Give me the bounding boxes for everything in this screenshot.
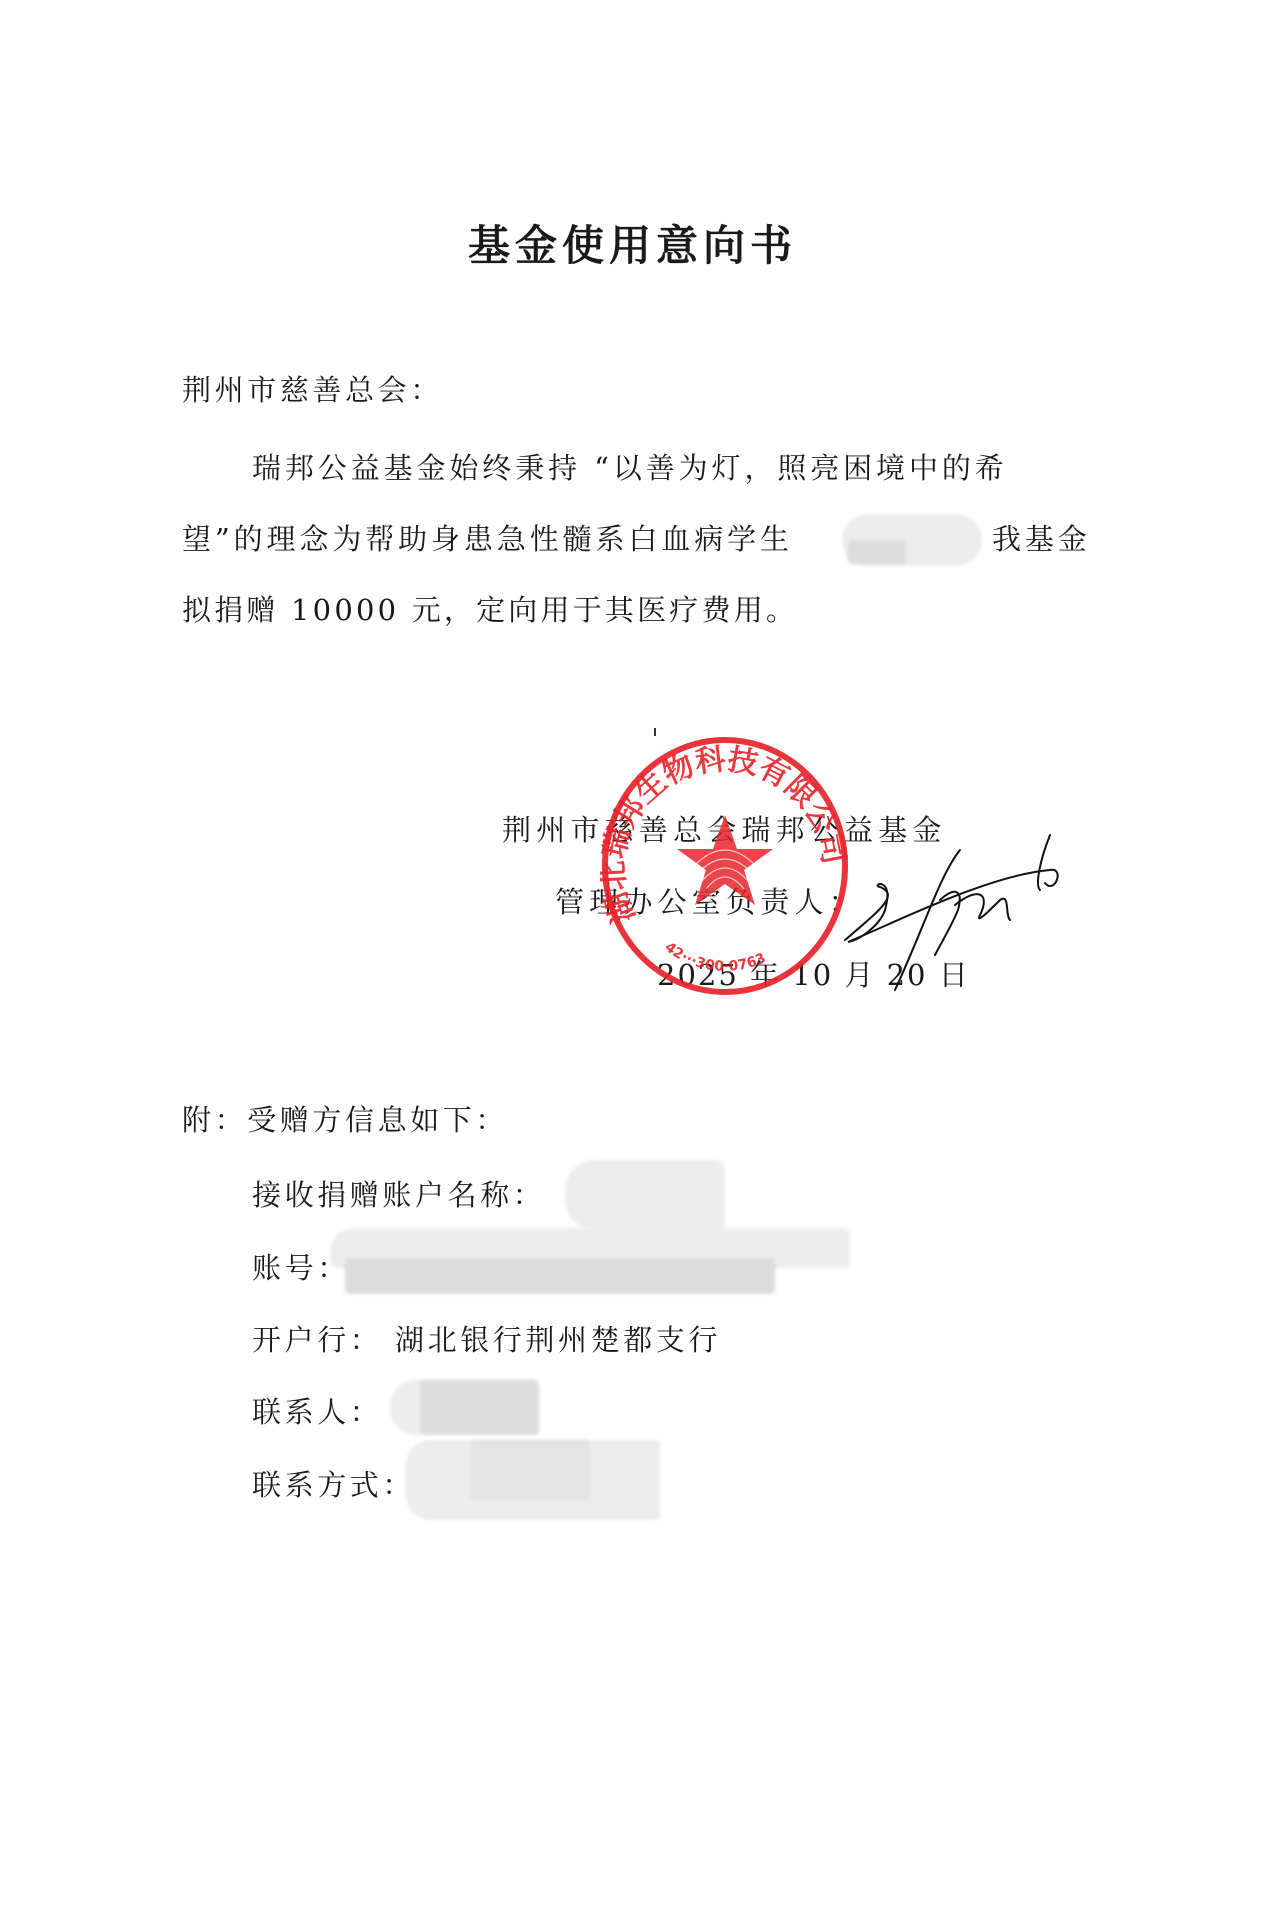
- stray-mark: [654, 728, 656, 736]
- redaction-account-number: [345, 1258, 775, 1294]
- body-line-2b: 我基金: [992, 519, 1091, 559]
- redaction-contact-person-block: [420, 1380, 538, 1434]
- attachment-label-bank: 开户行：: [252, 1320, 382, 1360]
- attachment-label-contact-method: 联系方式：: [252, 1465, 415, 1505]
- signature-role: 管理办公室负责人：: [555, 882, 863, 922]
- redaction-account-name: [565, 1160, 725, 1230]
- document-title: 基金使用意向书: [468, 218, 797, 274]
- body-line-3: 拟捐赠 10000 元，定向用于其医疗费用。: [182, 590, 798, 630]
- redaction-block: [848, 540, 906, 564]
- attachment-value-bank: 湖北银行荆州楚都支行: [395, 1320, 721, 1360]
- attachment-label-account-name: 接收捐赠账户名称：: [252, 1175, 545, 1215]
- attachment-heading: 附：受赠方信息如下：: [182, 1100, 508, 1140]
- redaction-contact-method-block: [470, 1440, 590, 1500]
- salutation: 荆州市慈善总会：: [182, 370, 443, 410]
- attachment-label-contact-person: 联系人：: [252, 1392, 382, 1432]
- signature-organization: 荆州市慈善总会瑞邦公益基金: [502, 810, 947, 850]
- body-line-2a: 望”的理念为帮助身患急性髓系白血病学生: [182, 519, 793, 559]
- signature-date: 2025 年 10 月 20 日: [657, 955, 970, 995]
- body-line-1: 瑞邦公益基金始终秉持 “以善为灯，照亮困境中的希: [252, 448, 1008, 488]
